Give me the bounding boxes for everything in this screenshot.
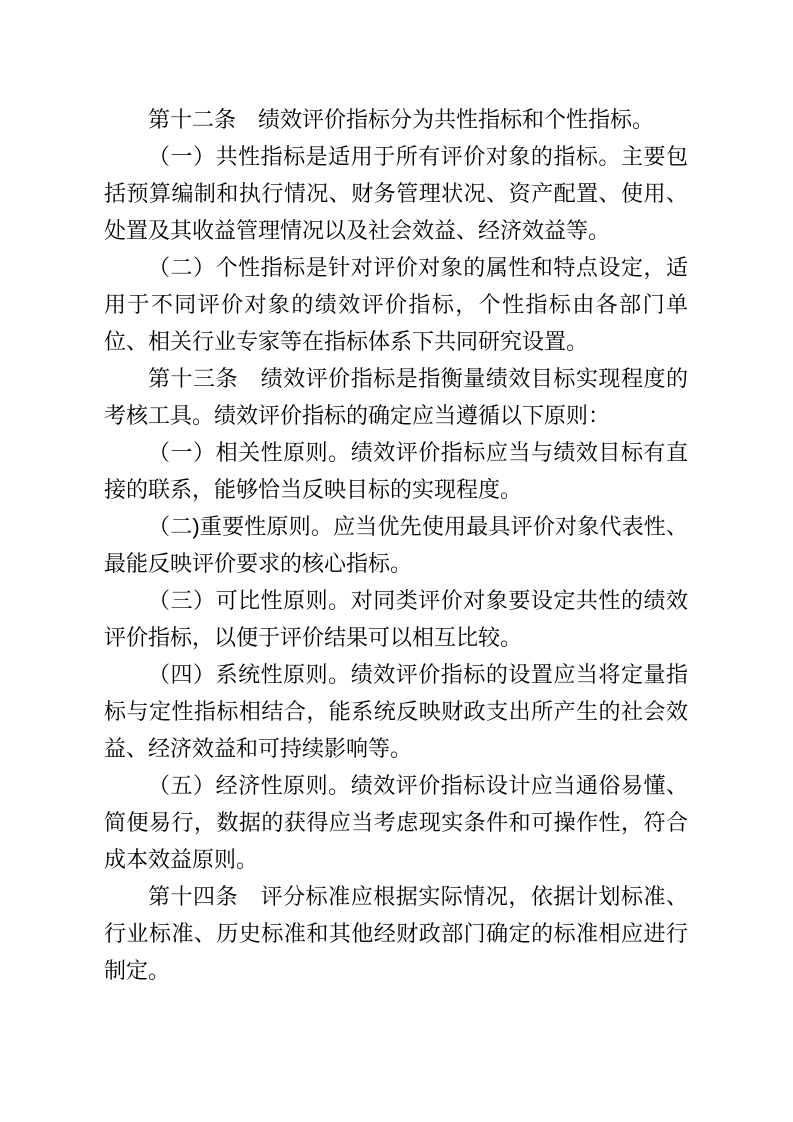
- paragraph-article-13-principle-5: （五）经济性原则。绩效评价指标设计应当通俗易懂、简便易行，数据的获得应当考虑现实…: [104, 767, 688, 878]
- paragraph-article-13-principle-3: （三）可比性原则。对同类评价对象要设定共性的绩效评价指标，以便于评价结果可以相互…: [104, 582, 688, 656]
- paragraph-article-14: 第十四条 评分标准应根据实际情况，依据计划标准、行业标准、历史标准和其他经财政部…: [104, 878, 688, 989]
- paragraph-article-13-principle-4: （四）系统性原则。绩效评价指标的设置应当将定量指标与定性指标相结合，能系统反映财…: [104, 656, 688, 767]
- paragraph-article-13-principle-2: （二)重要性原则。应当优先使用最具评价对象代表性、最能反映评价要求的核心指标。: [104, 508, 688, 582]
- paragraph-article-12-item-1: （一）共性指标是适用于所有评价对象的指标。主要包括预算编制和执行情况、财务管理状…: [104, 138, 688, 249]
- paragraph-article-13: 第十三条 绩效评价指标是指衡量绩效目标实现程度的考核工具。绩效评价指标的确定应当…: [104, 360, 688, 434]
- paragraph-article-12-item-2: （二）个性指标是针对评价对象的属性和特点设定，适用于不同评价对象的绩效评价指标，…: [104, 249, 688, 360]
- paragraph-article-12: 第十二条 绩效评价指标分为共性指标和个性指标。: [104, 101, 688, 138]
- paragraph-article-13-principle-1: （一）相关性原则。绩效评价指标应当与绩效目标有直接的联系，能够恰当反映目标的实现…: [104, 434, 688, 508]
- document-page: 第十二条 绩效评价指标分为共性指标和个性指标。 （一）共性指标是适用于所有评价对…: [0, 0, 793, 1122]
